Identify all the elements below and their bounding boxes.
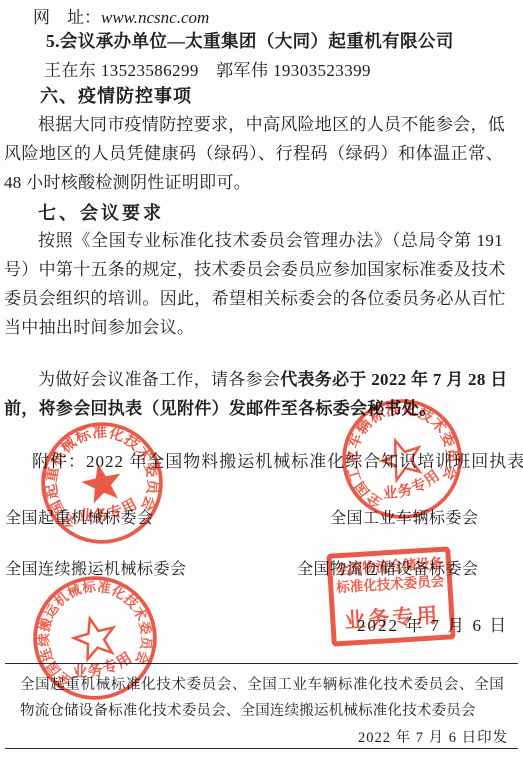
signatory-conveyor: 全国连续搬运机械标委会: [5, 560, 187, 580]
footer-committees-line2: 物流仓储设备标准化技术委员会、全国连续搬运机械标准化技术委员会: [20, 702, 472, 720]
section7-line-3: 委员会组织的培训。因此，希望相关标委会的各位委员务必从百忙: [4, 288, 503, 309]
attachment-line: 附件：2022 年全国物料搬运机械标准化综合知识培训班回执表: [32, 451, 523, 472]
signatory-storage: 全国物流仓储设备标委会: [297, 560, 479, 580]
section6-line-1: 根据大同市疫情防控要求，中高风险地区的人员不能参会，低: [4, 114, 503, 135]
deadline-line1-normal: 为做好会议准备工作，请各参会: [38, 370, 280, 389]
deadline-line-2: 前，将参会回执表（见附件）发邮件至各标委会秘书处。: [4, 398, 503, 419]
seal-crane-committee: 全国起重机械标准化技术委员会 业务专用: [28, 409, 175, 556]
section6-line-2: 风险地区的人员凭健康码（绿码）、行程码（绿码）和体温正常、: [4, 143, 503, 164]
website-label: 网 址：: [33, 8, 101, 27]
website-line: 网 址：www.ncsnc.com: [33, 7, 209, 28]
footer-committees-line1: 全国起重机械标准化技术委员会、全国工业车辆标准化技术委员会、全国: [20, 676, 504, 694]
contacts-line: 王在东 13523586299 郭军伟 19303523399: [44, 60, 371, 81]
website-url: www.ncsnc.com: [101, 8, 209, 27]
signatory-vehicle: 全国工业车辆标委会: [330, 509, 479, 529]
deadline-line-1: 为做好会议准备工作，请各参会代表务必于 2022 年 7 月 28 日: [4, 369, 503, 390]
star-outline-icon: [70, 613, 119, 661]
section6-heading: 六、疫情防控事项: [40, 85, 192, 108]
signatory-crane: 全国起重机械标委会: [5, 509, 154, 529]
seal-crane-graphic: 全国起重机械标准化技术委员会 业务专用: [28, 409, 175, 556]
section7-heading: 七、会议要求: [38, 202, 164, 225]
section7-line-1: 按照《全国专业标准化技术委员会管理办法》（总局令第 191: [4, 230, 503, 251]
signature-date: 2022 年 7 月 6 日: [357, 615, 508, 636]
host-unit-line: 5.会议承办单位—太重集团（大同）起重机有限公司: [46, 31, 454, 53]
section7-line-2: 号）中第十五条的规定，技术委员会委员应参加国家标准委及技术: [4, 259, 503, 280]
footer-print-date: 2022 年 7 月 6 日印发: [358, 729, 508, 747]
seal-ring-circle: [32, 413, 172, 553]
document-page: 网 址：www.ncsnc.com 5.会议承办单位—太重集团（大同）起重机有限…: [0, 0, 523, 764]
footer-rule-top: [5, 663, 518, 664]
deadline-line1-bold: 代表务必于 2022 年 7 月 28 日: [280, 370, 507, 389]
section7-line-4: 当中抽出时间参加会议。: [4, 317, 503, 338]
seal-ring-text: 全国连续搬运机械标准化技术委员会: [22, 564, 164, 694]
footer-rule-bottom: [5, 748, 518, 749]
section6-line-3: 48 小时核酸检测阴性证明即可。: [4, 172, 503, 193]
